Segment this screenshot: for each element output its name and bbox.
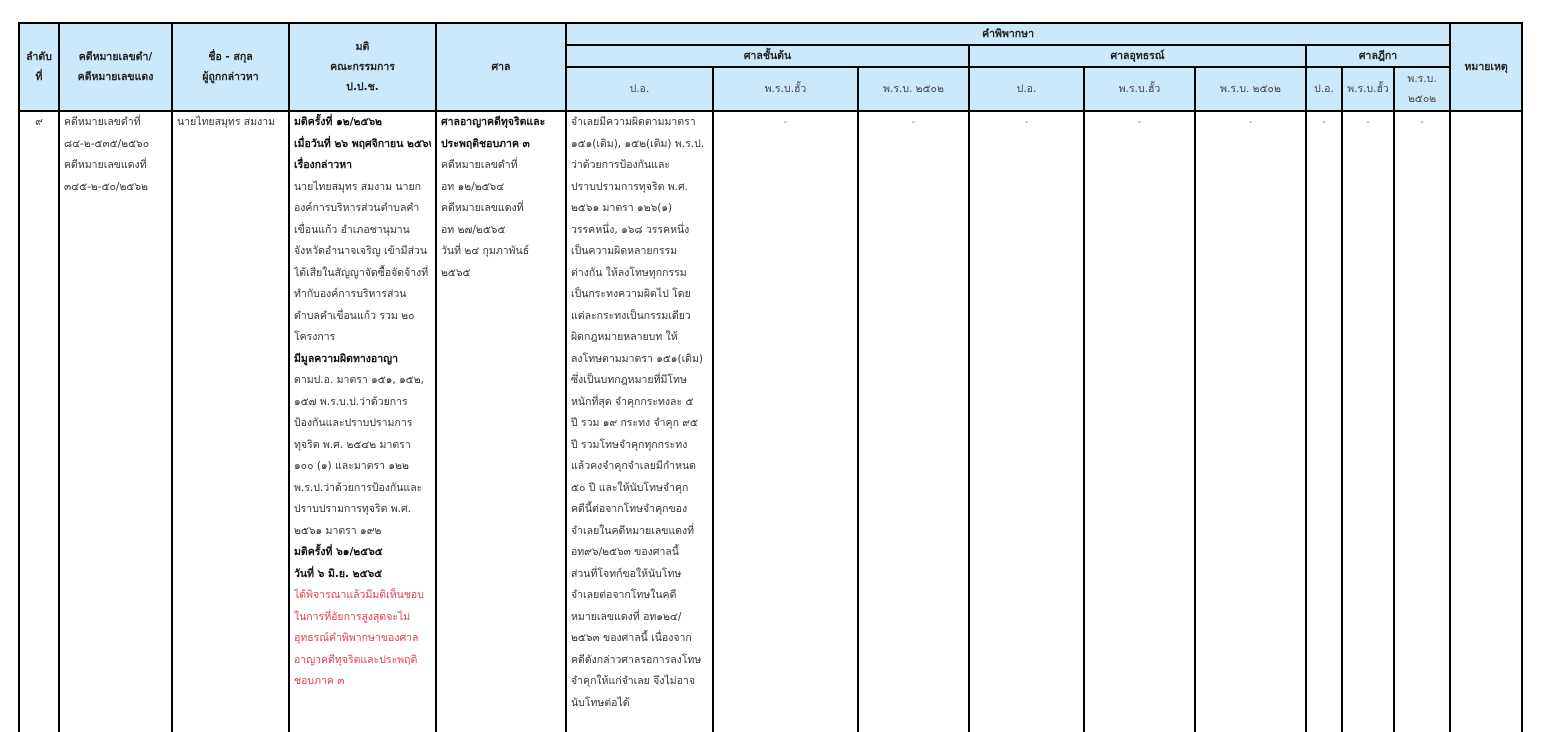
text-line: อท ๒๗/๒๕๖๕ — [441, 220, 561, 242]
cell-appeal-act-2502: - — [1195, 111, 1306, 732]
header-appeal-criminal-code: ป.อ. — [969, 67, 1084, 111]
text-line: ตามป.อ. มาตรา ๑๕๑, ๑๕๒, — [294, 370, 431, 392]
text-line: ๒๕๖๕ — [441, 263, 561, 285]
text-line: ได้พิจารณาแล้วมีมติเห็นชอบ — [294, 585, 431, 607]
text-line: ส่วนที่โจทก์ขอให้นับโทษ — [571, 564, 708, 586]
text-line: วรรคหนึ่ง, ๑๖๘ วรรคหนึ่ง — [571, 220, 708, 242]
cell-first-criminal-code: จำเลยมีความผิดตามมาตรา๑๕๑(เดิม), ๑๕๒(เดิ… — [566, 111, 713, 732]
cell-supreme-act-2502: - — [1394, 111, 1450, 732]
header-accused-name: ชื่อ - สกุล ผู้ถูกกล่าวหา — [172, 23, 289, 111]
header-appeal-anti-collusion-act: พ.ร.บ.ฮั้ว — [1084, 67, 1195, 111]
table-row: ๙ คดีหมายเลขดำที่ ๘๔-๒-๕๓๕/๒๕๖๐ คดีหมายเ… — [19, 111, 1522, 732]
cell-supreme-criminal-code: - — [1306, 111, 1342, 732]
text-line: เป็นความผิดหลายกรรม — [571, 241, 708, 263]
text-line: อุทธรณ์คำพิพากษาของศาล — [294, 628, 431, 650]
text-line: คดีหมายเลขแดงที่ — [441, 198, 561, 220]
text-line: ปี รวม ๑๙ กระทง จำคุก ๙๕ — [571, 413, 708, 435]
text-line: ๒๕๖๓ ของศาลนี้ เนื่องจาก — [571, 628, 708, 650]
cell-first-anti-collusion-act: - — [713, 111, 858, 732]
text-line: ชอบภาค ๓ — [294, 671, 431, 693]
text-line: ผิดกฎหมายหลายบท ให้ — [571, 327, 708, 349]
cell-seq: ๙ — [19, 111, 59, 732]
header-first-criminal-code: ป.อ. — [566, 67, 713, 111]
text-line: ศาลอาญาคดีทุจริตและ — [441, 112, 561, 134]
text-line: ต่างกัน ให้ลงโทษทุกกรรม — [571, 263, 708, 285]
text-line: ซึ่งเป็นบทกฎหมายที่มีโทษ — [571, 370, 708, 392]
text-line: คดีดังกล่าวศาลรอการลงโทษ — [571, 650, 708, 672]
text-line: ๕๐ ปี และให้นับโทษจำคุก — [571, 478, 708, 500]
header-first-instance-court: ศาลชั้นต้น — [566, 45, 969, 67]
text-line: วันที่ ๒๔ กุมภาพันธ์ — [441, 241, 561, 263]
text-line: จำเลยมีความผิดตามมาตรา — [571, 112, 708, 134]
text-line: ตำบลคำเขื่อนแก้ว รวม ๒๐ — [294, 306, 431, 328]
text-line: ลงโทษตามมาตรา ๑๕๑(เดิม) — [571, 349, 708, 371]
text-line: ๑๐๐ (๑) และมาตรา ๑๒๒ — [294, 456, 431, 478]
text-line: โครงการ — [294, 327, 431, 349]
cell-court: ศาลอาญาคดีทุจริตและประพฤติชอบภาค ๓คดีหมา… — [436, 111, 566, 732]
text-line: อาญาคดีทุจริตและประพฤติ — [294, 650, 431, 672]
text-line: เมื่อวันที่ ๒๖ พฤศจิกายน ๒๕๖๒ — [294, 134, 431, 156]
text-line: จำเลยต่อจากโทษในคดี — [571, 585, 708, 607]
text-line: ทำกับองค์การบริหารส่วน — [294, 284, 431, 306]
cell-nacc-resolution: มติครั้งที่ ๑๒/๒๕๖๒เมื่อวันที่ ๒๖ พฤศจิก… — [289, 111, 436, 732]
text-line: จังหวัดอำนาจเจริญ เข้ามีส่วน — [294, 241, 431, 263]
header-first-anti-collusion-act: พ.ร.บ.ฮั้ว — [713, 67, 858, 111]
text-line: หนักที่สุด จำคุกกระทงละ ๕ — [571, 392, 708, 414]
text-line: ทุจริต พ.ศ. ๒๕๔๒ มาตรา — [294, 435, 431, 457]
header-supreme-anti-collusion-act: พ.ร.บ.ฮั้ว — [1342, 67, 1394, 111]
text-line: ปี รวมโทษจำคุกทุกกระทง — [571, 435, 708, 457]
header-nacc-resolution: มติ คณะกรรมการ ป.ป.ช. — [289, 23, 436, 111]
text-line: อท๙๖/๒๕๖๓ ของศาลนี้ — [571, 542, 708, 564]
cell-accused-name: นายไทยสมุทร สมงาม — [172, 111, 289, 732]
text-line: แต่ละกระทงเป็นกรรมเดียว — [571, 306, 708, 328]
case-table: ลำดับ ที่ คดีหมายเลขดำ/ คดีหมายเลขแดง ชื… — [18, 22, 1523, 732]
header-supreme-act-2502: พ.ร.บ. ๒๕๐๒ — [1394, 67, 1450, 111]
header-case-number: คดีหมายเลขดำ/ คดีหมายเลขแดง — [59, 23, 172, 111]
header-first-act-2502: พ.ร.บ. ๒๕๐๒ — [858, 67, 969, 111]
text-line: ปราบปรามการทุจริต พ.ศ. — [571, 177, 708, 199]
text-line: คดีหมายเลขดำที่ — [441, 155, 561, 177]
text-line: ปราบปรามการทุจริต พ.ศ. — [294, 499, 431, 521]
cell-first-act-2502: - — [858, 111, 969, 732]
header-appeal-act-2502: พ.ร.บ. ๒๕๐๒ — [1195, 67, 1306, 111]
text-line: เรื่องกล่าวหา — [294, 155, 431, 177]
text-line: มติครั้งที่ ๖๑/๒๕๖๕ — [294, 542, 431, 564]
text-line: ประพฤติชอบภาค ๓ — [441, 134, 561, 156]
header-remarks: หมายเหตุ — [1450, 23, 1522, 111]
text-line: ๒๕๖๑ มาตรา ๑๒๖(๑) — [571, 198, 708, 220]
text-line: พ.ร.ป.ว่าด้วยการป้องกันและ — [294, 478, 431, 500]
header-appeal-court: ศาลอุทธรณ์ — [969, 45, 1306, 67]
text-line: วันที่ ๖ มิ.ย. ๒๕๖๕ — [294, 564, 431, 586]
text-line: ๒๕๖๑ มาตรา ๑๙๒ — [294, 521, 431, 543]
text-line: ได้เสียในสัญญาจัดซื้อจัดจ้างที่ — [294, 263, 431, 285]
cell-appeal-anti-collusion-act: - — [1084, 111, 1195, 732]
cell-case-number: คดีหมายเลขดำที่ ๘๔-๒-๕๓๕/๒๕๖๐ คดีหมายเลข… — [59, 111, 172, 732]
text-line: นับโทษต่อได้ — [571, 693, 708, 715]
text-line: จำเลยในคดีหมายเลขแดงที่ — [571, 521, 708, 543]
header-judgment: คำพิพากษา — [566, 23, 1450, 45]
cell-remarks — [1450, 111, 1522, 732]
text-line: ป้องกันและปราบปรามการ — [294, 413, 431, 435]
text-line: ๑๕๗ พ.ร.บ.ป.ว่าด้วยการ — [294, 392, 431, 414]
text-line: นายไทยสมุทร สมงาม นายก — [294, 177, 431, 199]
header-seq: ลำดับ ที่ — [19, 23, 59, 111]
text-line: องค์การบริหารส่วนตำบลคำ — [294, 198, 431, 220]
text-line: เขื่อนแก้ว อำเภอชานุมาน — [294, 220, 431, 242]
text-line: จำคุกให้แก่จำเลย จึงไม่อาจ — [571, 671, 708, 693]
header-supreme-court: ศาลฎีกา — [1306, 45, 1450, 67]
text-line: ในการที่อัยการสูงสุดจะไม่ — [294, 607, 431, 629]
header-supreme-criminal-code: ป.อ. — [1306, 67, 1342, 111]
text-line: มติครั้งที่ ๑๒/๒๕๖๒ — [294, 112, 431, 134]
text-line: ว่าด้วยการป้องกันและ — [571, 155, 708, 177]
text-line: คดีนี้ต่อจากโทษจำคุกของ — [571, 499, 708, 521]
cell-supreme-anti-collusion-act: - — [1342, 111, 1394, 732]
text-line: มีมูลความผิดทางอาญา — [294, 349, 431, 371]
text-line: อท ๑๒/๒๕๖๔ — [441, 177, 561, 199]
header-court: ศาล — [436, 23, 566, 111]
text-line: ๑๕๑(เดิม), ๑๕๒(เดิม) พ.ร.ป. — [571, 134, 708, 156]
cell-appeal-criminal-code: - — [969, 111, 1084, 732]
text-line: หมายเลขแดงที่ อท๑๒๔/ — [571, 607, 708, 629]
text-line: แล้วคงจำคุกจำเลยมีกำหนด — [571, 456, 708, 478]
text-line: เป็นกระทงความผิดไป โดย — [571, 284, 708, 306]
